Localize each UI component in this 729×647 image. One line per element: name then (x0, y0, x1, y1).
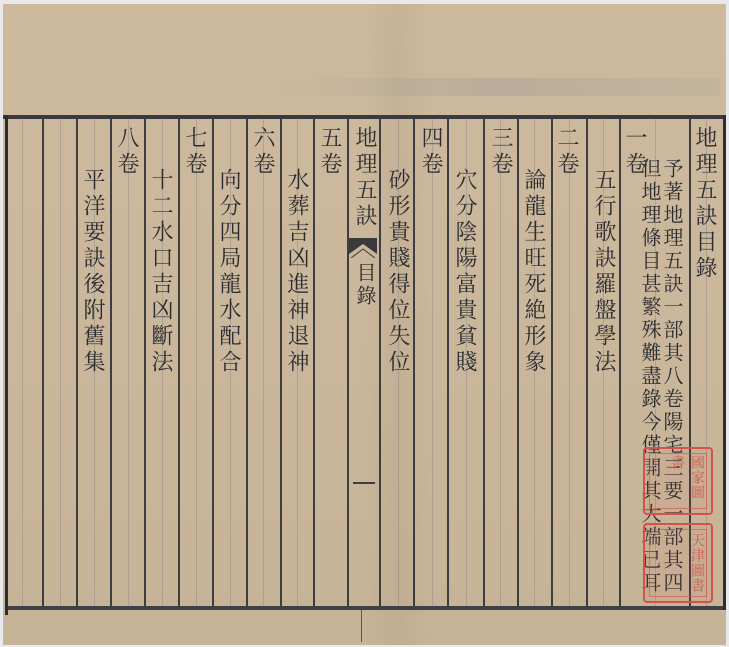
bleed-through-smudge (270, 78, 720, 96)
column-rule (447, 119, 449, 606)
collector-seal-lower: 天津圖書 (643, 523, 713, 603)
column-rule (551, 119, 553, 606)
faint-rule (500, 119, 501, 606)
page-number-mark (353, 482, 375, 484)
column-rule (246, 119, 248, 606)
column-rule (212, 119, 214, 606)
faint-rule (432, 119, 433, 606)
centre-book-title: 地理五訣 (353, 126, 375, 230)
column-rule (76, 119, 78, 606)
centre-fold-rule-right (379, 119, 381, 606)
volume-label-7: 七卷 (183, 126, 205, 178)
fold-crease-line (361, 610, 362, 642)
faint-rule (60, 119, 61, 606)
column-rule (178, 119, 180, 606)
column-rule (110, 119, 112, 606)
column-rule (280, 119, 282, 606)
column-rule (144, 119, 146, 606)
frame-bottom-border (8, 606, 726, 610)
faint-rule (128, 119, 129, 606)
volume-content-2: 論龍生旺死絶形象 (522, 168, 544, 376)
volume-content-7: 十二水口吉凶斷法 (149, 168, 171, 376)
volume-label-3: 三卷 (489, 126, 511, 178)
frame-right-border (723, 115, 726, 610)
seal-text-lower: 天津圖書 (687, 533, 707, 593)
faint-rule (196, 119, 197, 606)
volume-content-3: 穴分陰陽富貴貧賤 (453, 168, 475, 376)
column-rule (413, 119, 415, 606)
volume-label-8: 八卷 (115, 126, 137, 178)
volume-content-4: 砂形貴賤得位失位 (386, 168, 408, 376)
volume-label-1: 一卷 (623, 126, 645, 178)
volume-label-2: 二卷 (555, 126, 577, 178)
column-rule (517, 119, 519, 606)
column-rule (313, 119, 315, 606)
volume-content-1: 五行歌訣羅盤學法 (592, 168, 614, 376)
volume-label-4: 四卷 (419, 126, 441, 178)
column-rule (586, 119, 588, 606)
seal-text-upper: 國家圖書 (667, 455, 707, 513)
centre-fold-rule-left (347, 119, 349, 606)
faint-rule (22, 119, 23, 606)
column-rule (483, 119, 485, 606)
faint-rule (263, 119, 264, 606)
volume-content-8: 平洋要訣後附舊集 (81, 168, 103, 376)
frame-left-border (5, 115, 8, 615)
toc-title: 地理五訣目錄 (693, 126, 715, 282)
volume-label-6: 六卷 (251, 126, 273, 178)
fishtail-marker-icon (349, 238, 377, 258)
column-rule (619, 119, 621, 606)
volume-content-6: 向分四局龍水配合 (217, 168, 239, 376)
volume-label-5: 五卷 (318, 126, 340, 178)
faint-rule (569, 119, 570, 606)
centre-section-label: 目錄 (355, 262, 375, 308)
collector-seal-upper: 國家圖書 (643, 447, 713, 515)
column-rule (42, 119, 44, 606)
volume-content-5: 水葬吉凶進神退神 (285, 168, 307, 376)
